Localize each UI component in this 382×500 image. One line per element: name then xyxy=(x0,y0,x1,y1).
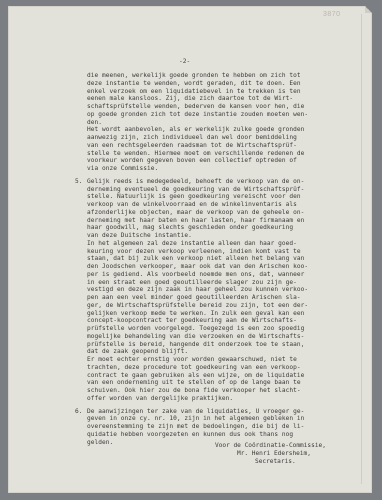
text-line: van een rechtsgeleerden raadsman tot de … xyxy=(87,142,355,150)
text-line: quidatie hebben voorgezeten en kunnen du… xyxy=(87,431,355,439)
numbered-paragraph-5: 5. Gelijk reeds is medegedeeld, behoeft … xyxy=(87,178,355,403)
page-number: -2- xyxy=(179,58,190,65)
text-line: deze instantie te wenden, wordt geraden,… xyxy=(87,80,355,88)
folded-corner xyxy=(365,6,372,13)
text-line: Er moet echter ernstig voor worden gewaa… xyxy=(87,356,355,364)
text-line: stelle. Natuurlijk is geen goedkeuring v… xyxy=(87,193,355,201)
text-line: voorkeur worden gegeven boven een collec… xyxy=(87,157,355,165)
text-line: stelle te wenden. Hiermee moet om versch… xyxy=(87,150,355,158)
document-body: die meenen, werkelijk goede gronden te h… xyxy=(87,72,355,446)
text-line: ger, de Wirtschaftsprüfstelle bereid zou… xyxy=(87,302,355,310)
paragraph-number: 5. xyxy=(75,178,83,186)
text-line: trachten, deze procedure tot goedkeuring… xyxy=(87,364,355,372)
signature-block: Voor de Coördinatie-Commissie, Mr. Henri… xyxy=(215,442,326,465)
text-line: eenen male kansloos. Zij, die zich daart… xyxy=(87,95,355,103)
text-line: contract te gaan gebruiken als een wijze… xyxy=(87,372,355,380)
text-line: Het wordt aanbevolen, als er werkelijk z… xyxy=(87,126,355,134)
text-line: afzonderlijke objecten, maar de verkoop … xyxy=(87,209,355,217)
text-line: per is gediend. Als voorbeeld noemde men… xyxy=(87,271,355,279)
intro-paragraph-1: die meenen, werkelijk goede gronden te h… xyxy=(87,72,355,126)
archive-number: 3870 xyxy=(323,11,341,18)
text-line: via onze Commissie. xyxy=(87,165,355,173)
text-line: gelijken verkoop mede te werken. In zulk… xyxy=(87,310,355,318)
signature-name: Mr. Henri Edersheim, xyxy=(215,450,326,458)
text-line: den Joodschen verkooper, maar ook dat va… xyxy=(87,263,355,271)
text-line: In het algemeen zal deze instantie allee… xyxy=(87,240,355,248)
text-line: geven in onze cy. nr. 10, zijn in het al… xyxy=(87,415,355,423)
text-line: den. xyxy=(87,119,355,127)
text-line: staan, dat bij zulk een verkoop niet all… xyxy=(87,255,355,263)
text-line: keuring voor dezen verkoop verleenen, in… xyxy=(87,248,355,256)
text-line: overeenstemming te zijn met de bedoeling… xyxy=(87,423,355,431)
text-line: haar goodwill, mag slechts geschieden on… xyxy=(87,224,355,232)
text-line: van een onderneming uit te stellen of op… xyxy=(87,379,355,387)
text-line: op goede gronden zich tot deze instantie… xyxy=(87,111,355,119)
text-line: offer worden van dergelijke praktijken. xyxy=(87,395,355,403)
text-line: Gelijk reeds is medegedeeld, behoeft de … xyxy=(87,178,355,186)
text-line: mogelijke behandeling van die verzoeken … xyxy=(87,333,355,341)
text-line: in een straat een goed geoutilleerde sla… xyxy=(87,279,355,287)
text-line: schuiven. Ook hier zou de bona fide verk… xyxy=(87,387,355,395)
text-line: De aanwijzingen ter zake van de liquidat… xyxy=(87,408,355,416)
intro-paragraph-2: Het wordt aanbevolen, als er werkelijk z… xyxy=(87,126,355,173)
paragraph-number: 6. xyxy=(75,408,83,416)
text-line: prüfstelle is bereid, hangende dit onder… xyxy=(87,341,355,349)
text-line: dat de zaak geopend blijft. xyxy=(87,348,355,356)
text-line: verkoop van de winkelvoorraad en de wink… xyxy=(87,201,355,209)
signature-organization: Voor de Coördinatie-Commissie, xyxy=(215,442,326,450)
text-line: prüfstelle worden voorgelegd. Toegezegd … xyxy=(87,325,355,333)
text-line: enkel verzoek om een liquidatiebevel in … xyxy=(87,88,355,96)
text-line: die meenen, werkelijk goede gronden te h… xyxy=(87,72,355,80)
text-line: schaftsprüfstelle wenden, bederven de ka… xyxy=(87,103,355,111)
text-line: vestigd en deze zijn zaak in haar geheel… xyxy=(87,286,355,294)
text-line: pen aan een veel minder goed geoutilleer… xyxy=(87,294,355,302)
text-line: van deze Duitsche instantie. xyxy=(87,232,355,240)
text-line: derneming eventueel de goedkeuring van d… xyxy=(87,186,355,194)
signature-title: Secretaris. xyxy=(215,458,326,466)
numbered-paragraph-6: 6. De aanwijzingen ter zake van de liqui… xyxy=(87,408,355,447)
text-line: aanwezig zijn, zich individueel dan wel … xyxy=(87,134,355,142)
text-line: concept-koopcontract ter goedkeuring aan… xyxy=(87,317,355,325)
text-line: derneming met haar baten en haar lasten,… xyxy=(87,217,355,225)
